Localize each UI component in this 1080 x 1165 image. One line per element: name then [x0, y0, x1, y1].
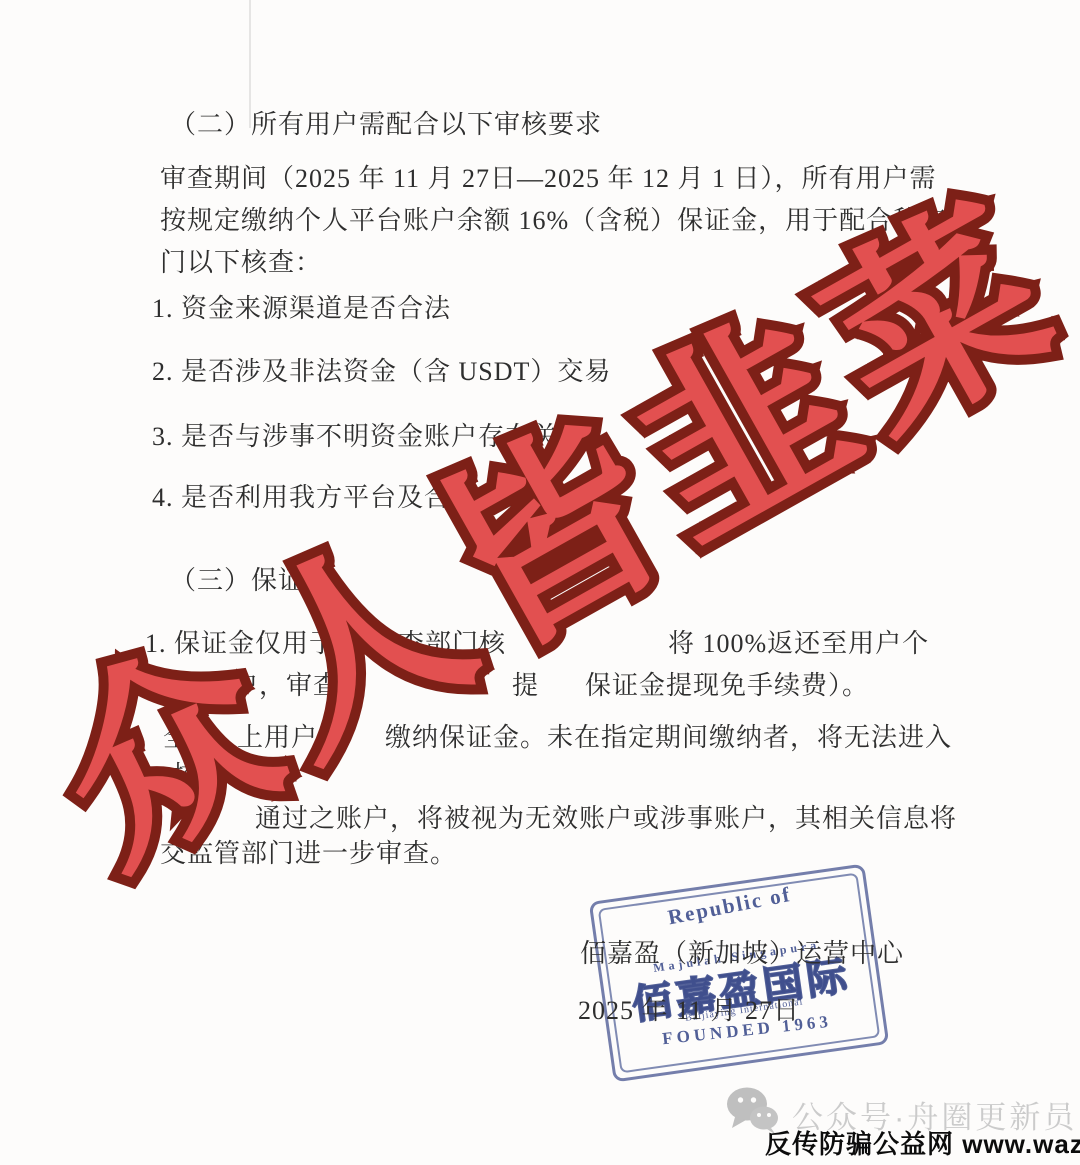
- obscured-fragment: 缴纳保证金。未在指定期间缴纳者，将无法进入: [385, 717, 952, 754]
- site-watermark: 反传防骗公益网 www.wazi.cc: [765, 1124, 1080, 1161]
- section-2-heading: （二）所有用户需配合以下审核要求: [170, 104, 602, 141]
- signature-line: 佰嘉盈（新加坡）运营中心: [580, 933, 904, 970]
- list-item: 1. 资金来源渠道是否合法: [152, 288, 451, 325]
- document-page: （二）所有用户需配合以下审核要求 审查期间（2025 年 11 月 27日—20…: [0, 0, 1080, 1165]
- section-2-paragraph-line: 审查期间（2025 年 11 月 27日—2025 年 12 月 1 日），所有…: [160, 158, 937, 195]
- obscured-fragment: 将 100%返还至用户个: [668, 623, 929, 660]
- list-item: 2. 是否涉及非法资金（含 USDT）交易: [152, 351, 611, 388]
- watermark-text: 众人皆韭菜: [28, 174, 1080, 894]
- section-2-paragraph-line: 门以下核查：: [160, 242, 322, 279]
- company-stamp: Republic of Majulah Singapura 佰嘉盈国际 Baij…: [589, 864, 890, 1083]
- date-line: 2025 年 11 月 27日: [578, 990, 800, 1027]
- obscured-fragment: 保证金提现免手续费）。: [585, 665, 869, 702]
- paragraph-line: 通过之账户，将被视为无效账户或涉事账户，其相关信息将: [255, 798, 957, 835]
- section-2-paragraph-line: 按规定缴纳个人平台账户余额 16%（含税）保证金，用于配合稽查部: [160, 200, 974, 237]
- watermark-overlay: 众人皆韭菜 众人皆韭菜: [28, 174, 1080, 894]
